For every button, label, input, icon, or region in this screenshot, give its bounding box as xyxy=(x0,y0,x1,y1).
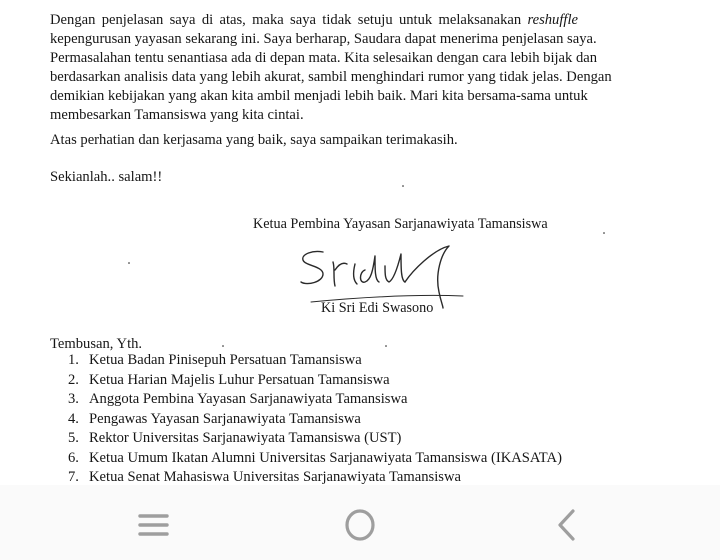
cc-item-text: Ketua Badan Pinisepuh Persatuan Tamansis… xyxy=(89,351,362,371)
cc-item: 4.Pengawas Yayasan Sarjanawiyata Tamansi… xyxy=(68,410,562,430)
cc-item-text: Ketua Senat Mahasiswa Universitas Sarjan… xyxy=(89,468,461,485)
back-button[interactable] xyxy=(545,503,589,547)
italic-term: reshuffle xyxy=(527,12,578,28)
body-paragraph: Dengan penjelasan saya di atas, maka say… xyxy=(50,11,578,125)
handwritten-signature xyxy=(293,230,473,310)
scan-speck xyxy=(603,232,605,234)
closing-line: Sekianlah.. salam!! xyxy=(50,169,162,186)
cc-item: 5.Rektor Universitas Sarjanawiyata Taman… xyxy=(68,429,562,449)
cc-item-number: 4. xyxy=(68,410,89,430)
cc-item-number: 6. xyxy=(68,449,89,469)
cc-item-text: Anggota Pembina Yayasan Sarjanawiyata Ta… xyxy=(89,390,408,410)
recents-button[interactable] xyxy=(132,503,176,547)
system-navigation-bar xyxy=(0,485,720,560)
phone-screen: Dengan penjelasan saya di atas, maka say… xyxy=(0,0,720,560)
scan-speck xyxy=(128,262,130,264)
cc-item-text: Pengawas Yayasan Sarjanawiyata Tamansisw… xyxy=(89,410,361,430)
signatory-name: Ki Sri Edi Swasono xyxy=(321,300,433,317)
cc-item: 7.Ketua Senat Mahasiswa Universitas Sarj… xyxy=(68,468,562,485)
paragraph-line: membesarkan Tamansiswa yang kita cintai. xyxy=(50,106,578,125)
signature-block: Ketua Pembina Yayasan Sarjanawiyata Tama… xyxy=(253,216,553,326)
cc-item-number: 1. xyxy=(68,351,89,371)
cc-item-number: 3. xyxy=(68,390,89,410)
cc-list: 1.Ketua Badan Pinisepuh Persatuan Tamans… xyxy=(68,351,562,485)
cc-item-number: 5. xyxy=(68,429,89,449)
paragraph-line: berdasarkan analisis data yang lebih aku… xyxy=(50,68,578,87)
document-view[interactable]: Dengan penjelasan saya di atas, maka say… xyxy=(0,0,720,485)
home-icon xyxy=(342,507,378,543)
cc-item-text: Ketua Harian Majelis Luhur Persatuan Tam… xyxy=(89,371,390,391)
back-icon xyxy=(552,507,582,543)
cc-item-text: Rektor Universitas Sarjanawiyata Tamansi… xyxy=(89,429,401,449)
paragraph-line: Permasalahan tentu senantiasa ada di dep… xyxy=(50,49,578,68)
paragraph-line: kepengurusan yayasan sekarang ini. Saya … xyxy=(50,30,578,49)
cc-item: 3.Anggota Pembina Yayasan Sarjanawiyata … xyxy=(68,390,562,410)
recents-icon xyxy=(137,510,171,540)
cc-item: 1.Ketua Badan Pinisepuh Persatuan Tamans… xyxy=(68,351,562,371)
home-button[interactable] xyxy=(338,503,382,547)
scan-speck xyxy=(402,185,404,187)
cc-item-number: 7. xyxy=(68,468,89,485)
scan-speck xyxy=(385,345,387,347)
scan-speck xyxy=(222,345,224,347)
thanks-line: Atas perhatian dan kerjasama yang baik, … xyxy=(50,132,458,149)
paragraph-line: demikian kebijakan yang akan kita ambil … xyxy=(50,87,578,106)
cc-item: 2.Ketua Harian Majelis Luhur Persatuan T… xyxy=(68,371,562,391)
cc-item: 6.Ketua Umum Ikatan Alumni Universitas S… xyxy=(68,449,562,469)
paragraph-line: Dengan penjelasan saya di atas, maka say… xyxy=(50,11,578,30)
cc-item-text: Ketua Umum Ikatan Alumni Universitas Sar… xyxy=(89,449,562,469)
cc-item-number: 2. xyxy=(68,371,89,391)
